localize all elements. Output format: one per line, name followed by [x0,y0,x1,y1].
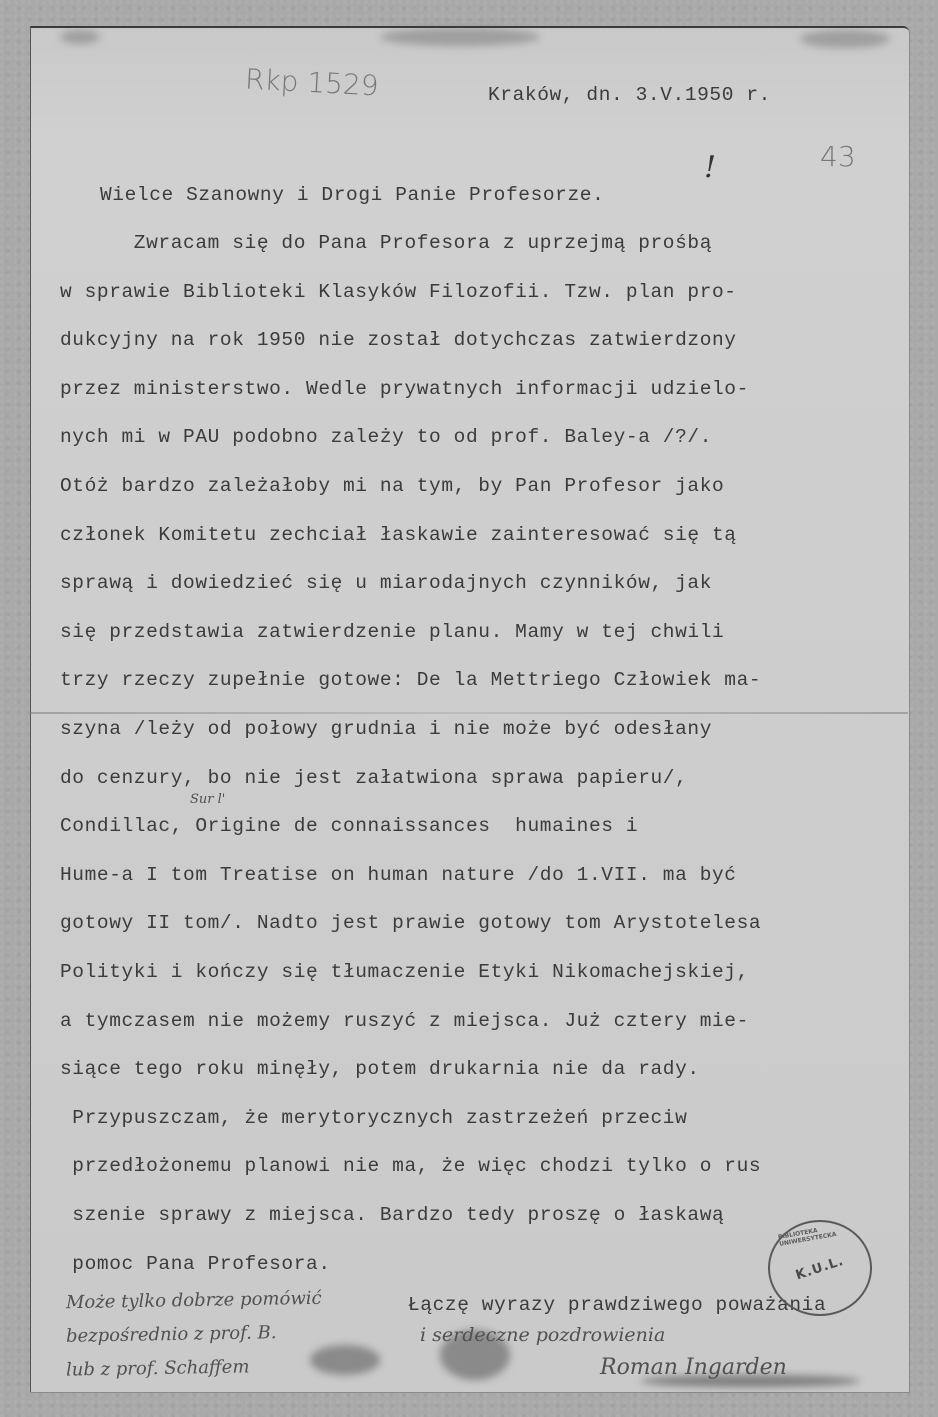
body-line: do cenzury, bo nie jest załatwiona spraw… [60,767,687,789]
salutation: Wielce Szanowny i Drogi Panie Profesorze… [100,184,604,206]
body-line: szyna /leży od połowy grudnia i nie może… [60,718,712,740]
body-line: a tymczasem nie możemy ruszyć z miejsca.… [60,1010,749,1032]
body-line: nych mi w PAU podobno zależy to od prof.… [60,426,712,448]
interlinear-note: Sur l' [190,792,225,807]
letter-page [30,26,909,1392]
body-line: dukcyjny na rok 1950 nie został dotychcz… [60,329,737,351]
body-line: w sprawie Biblioteki Klasyków Filozofii.… [60,281,737,303]
body-line: gotowy II tom/. Nadto jest prawie gotowy… [60,912,761,934]
body-line: szenie sprawy z miejsca. Bardzo tedy pro… [60,1204,724,1226]
body-line: sprawą i dowiedzieć się u miarodajnych c… [60,572,712,594]
fold-line [30,712,908,714]
margin-note-line: Może tylko dobrze pomówić [66,1288,322,1313]
stain [380,28,540,46]
archive-mark: Rkp 1529 [244,63,379,103]
body-line: Hume-a I tom Treatise on human nature /d… [60,864,737,886]
salutation-mark: ! [704,150,716,185]
body-line: się przedstawia zatwierdzenie planu. Mam… [60,621,724,643]
stamp-center-text: K.U.L. [794,1253,846,1283]
body-line: Polityki i kończy się tłumaczenie Etyki … [60,961,749,983]
place-date: Kraków, dn. 3.V.1950 r. [488,84,771,106]
body-line: siące tego roku minęły, potem drukarnia … [60,1058,700,1080]
margin-note-line: bezpośrednio z prof. B. [66,1322,277,1347]
page-number: 43 [820,140,856,173]
body-line: przez ministerstwo. Wedle prywatnych inf… [60,378,749,400]
signature: Roman Ingarden [600,1355,787,1380]
body-line: członek Komitetu zechciał łaskawie zaint… [60,524,737,546]
stain [310,1345,380,1375]
stain [60,30,100,44]
body-line: Przypuszczam, że merytorycznych zastrzeż… [60,1107,687,1129]
closing-handwritten: i serdeczne pozdrowienia [420,1324,665,1346]
stain [800,30,890,48]
library-stamp: BIBLIOTEKA UNIWERSYTECKA K.U.L. [768,1220,872,1316]
body-line: przedłożonemu planowi nie ma, że więc ch… [60,1155,761,1177]
body-line: pomoc Pana Profesora. [60,1253,331,1275]
body-line: Zwracam się do Pana Profesora z uprzejmą… [60,232,712,254]
body-line: Otóż bardzo zależałoby mi na tym, by Pan… [60,475,724,497]
margin-note-line: lub z prof. Schaffem [66,1356,250,1380]
body-line: Condillac, Origine de connaissances huma… [60,815,638,837]
closing: Łączę wyrazy prawdziwego poważania [408,1294,826,1316]
body-line: trzy rzeczy zupełnie gotowe: De la Mettr… [60,669,761,691]
